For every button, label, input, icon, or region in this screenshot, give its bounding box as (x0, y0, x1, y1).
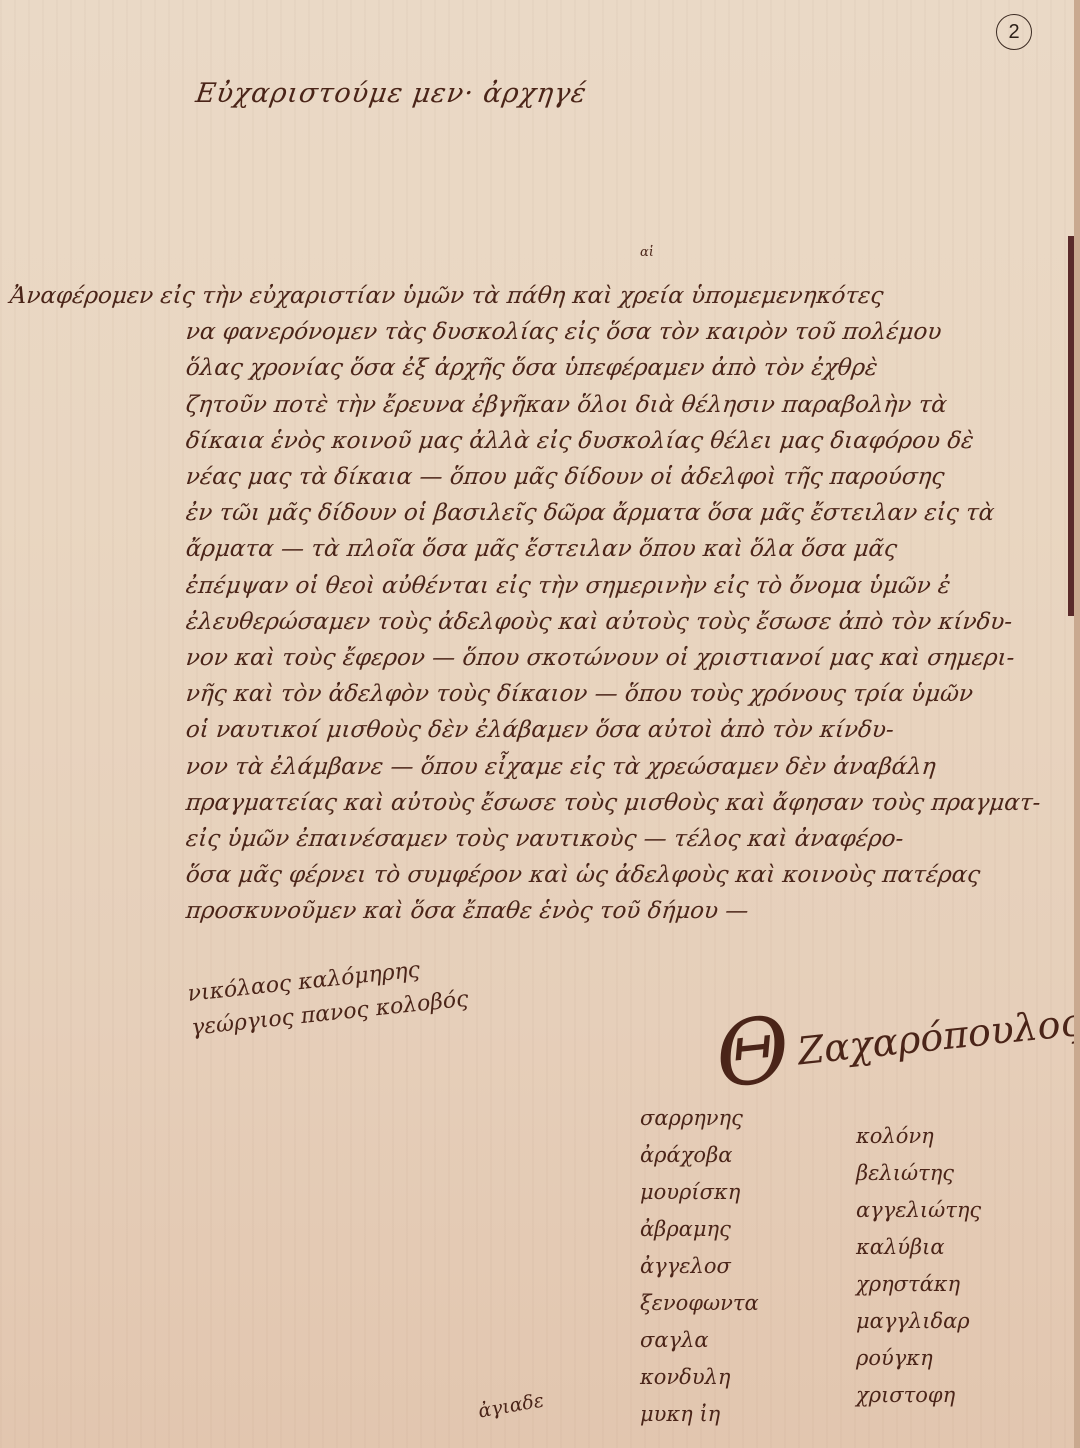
signatory-name: αγγελιώτης (856, 1192, 981, 1229)
body-line: νον καὶ τοὺς ἔφερον — ὅπου σκοτώνουν οἱ … (8, 640, 1074, 676)
letter-body: Ἀναφέρομεν εἰς τὴν εὐχαριστίαν ὑμῶν τὰ π… (10, 278, 1074, 930)
body-line: πραγματείας καὶ αὐτοὺς ἔσωσε τοὺς μισθοὺ… (8, 785, 1074, 821)
body-line: ἐπέμψαν οἱ θεοὶ αὐθένται εἰς τὴν σημεριν… (8, 568, 1074, 604)
manuscript-page: 2 Εὐχαριστούμε μεν· ἀρχηγέ αἱ Ἀναφέρομεν… (0, 0, 1074, 1448)
body-line: ἐν τῶι μᾶς δίδουν οἱ βασιλεῖς δῶρα ἄρματ… (8, 495, 1074, 531)
document-heading: Εὐχαριστούμε μεν· ἀρχηγέ (194, 78, 589, 109)
signatory-name: μυκη ἰη (640, 1396, 759, 1433)
signatory-name: χρηστάκη (856, 1266, 981, 1303)
body-line: εἰς ὑμῶν ἐπαινέσαμεν τοὺς ναυτικοὺς — τέ… (8, 821, 1074, 857)
signatory-name: μουρίσκη (640, 1174, 759, 1211)
folio-number: 2 (996, 14, 1032, 50)
signatory-name: ρούγκη (856, 1340, 981, 1377)
body-line: ἐλευθερώσαμεν τοὺς ἀδελφοὺς καὶ αὐτοὺς τ… (8, 604, 1074, 640)
signatory-name: ἀγγελοσ (640, 1248, 759, 1285)
body-line: ἄρματα — τὰ πλοῖα ὅσα μᾶς ἔστειλαν ὅπου … (8, 531, 1074, 567)
signatory-name: σαγλα (640, 1322, 759, 1359)
body-line: Ἀναφέρομεν εἰς τὴν εὐχαριστίαν ὑμῶν τὰ π… (8, 278, 1074, 314)
body-line: ὅσα μᾶς φέρνει τὸ συμφέρον καὶ ὡς ἀδελφο… (8, 857, 1074, 893)
body-line: δίκαια ἑνὸς κοινοῦ μας ἀλλὰ εἰς δυσκολία… (8, 423, 1074, 459)
signatory-name: χριστοφη (856, 1377, 981, 1414)
signatory-name: ἀράχοβα (640, 1137, 759, 1174)
signatory-name: ξενοφωντα (640, 1285, 759, 1322)
signatory-name: καλύβια (856, 1229, 981, 1266)
signatory-name: κονδυλη (640, 1359, 759, 1396)
body-line: νῆς καὶ τὸν ἀδελφὸν τοὺς δίκαιον — ὅπου … (8, 676, 1074, 712)
top-mark: αἱ (640, 245, 654, 260)
body-line: νον τὰ ἐλάμβανε — ὅπου εἶχαμε εἰς τὰ χρε… (8, 749, 1074, 785)
signatory-name: μαγγλιδαρ (856, 1303, 981, 1340)
body-line: προσκυνοῦμεν καὶ ὅσα ἔπαθε ἑνὸς τοῦ δήμο… (8, 893, 1074, 929)
signatory-name: σαρρηνης (640, 1100, 759, 1137)
body-line: νέας μας τὰ δίκαια — ὅπου μᾶς δίδουν οἱ … (8, 459, 1074, 495)
body-line: ζητοῦν ποτὲ τὴν ἔρευνα ἐβγῆκαν ὅλοι διὰ … (8, 387, 1074, 423)
left-signature-block: νικόλαος καλόμηρης γεώργιος πανος κολοβό… (186, 949, 470, 1046)
extra-signatory: ἀγιαδε (477, 1389, 546, 1422)
main-signature: ΘΖαχαρόπουλος (711, 966, 1074, 1109)
signatories-column-right: κολόνη βελιώτης αγγελιώτης καλύβια χρηστ… (856, 1118, 981, 1414)
body-line: ὅλας χρονίας ὅσα ἐξ ἀρχῆς ὅσα ὑπεφέραμεν… (8, 350, 1074, 386)
signature-initial: Θ (711, 997, 795, 1109)
body-line: οἱ ναυτικοί μισθοὺς δὲν ἐλάβαμεν ὅσα αὐτ… (8, 712, 1074, 748)
signatory-name: ἀβραμης (640, 1211, 759, 1248)
signatory-name: κολόνη (856, 1118, 981, 1155)
body-line: να φανερόνομεν τὰς δυσκολίας εἰς ὅσα τὸν… (8, 314, 1074, 350)
signature-name: Ζαχαρόπουλος (795, 1000, 1074, 1074)
signatories-column-left: σαρρηνης ἀράχοβα μουρίσκη ἀβραμης ἀγγελο… (640, 1100, 759, 1433)
signatory-name: βελιώτης (856, 1155, 981, 1192)
